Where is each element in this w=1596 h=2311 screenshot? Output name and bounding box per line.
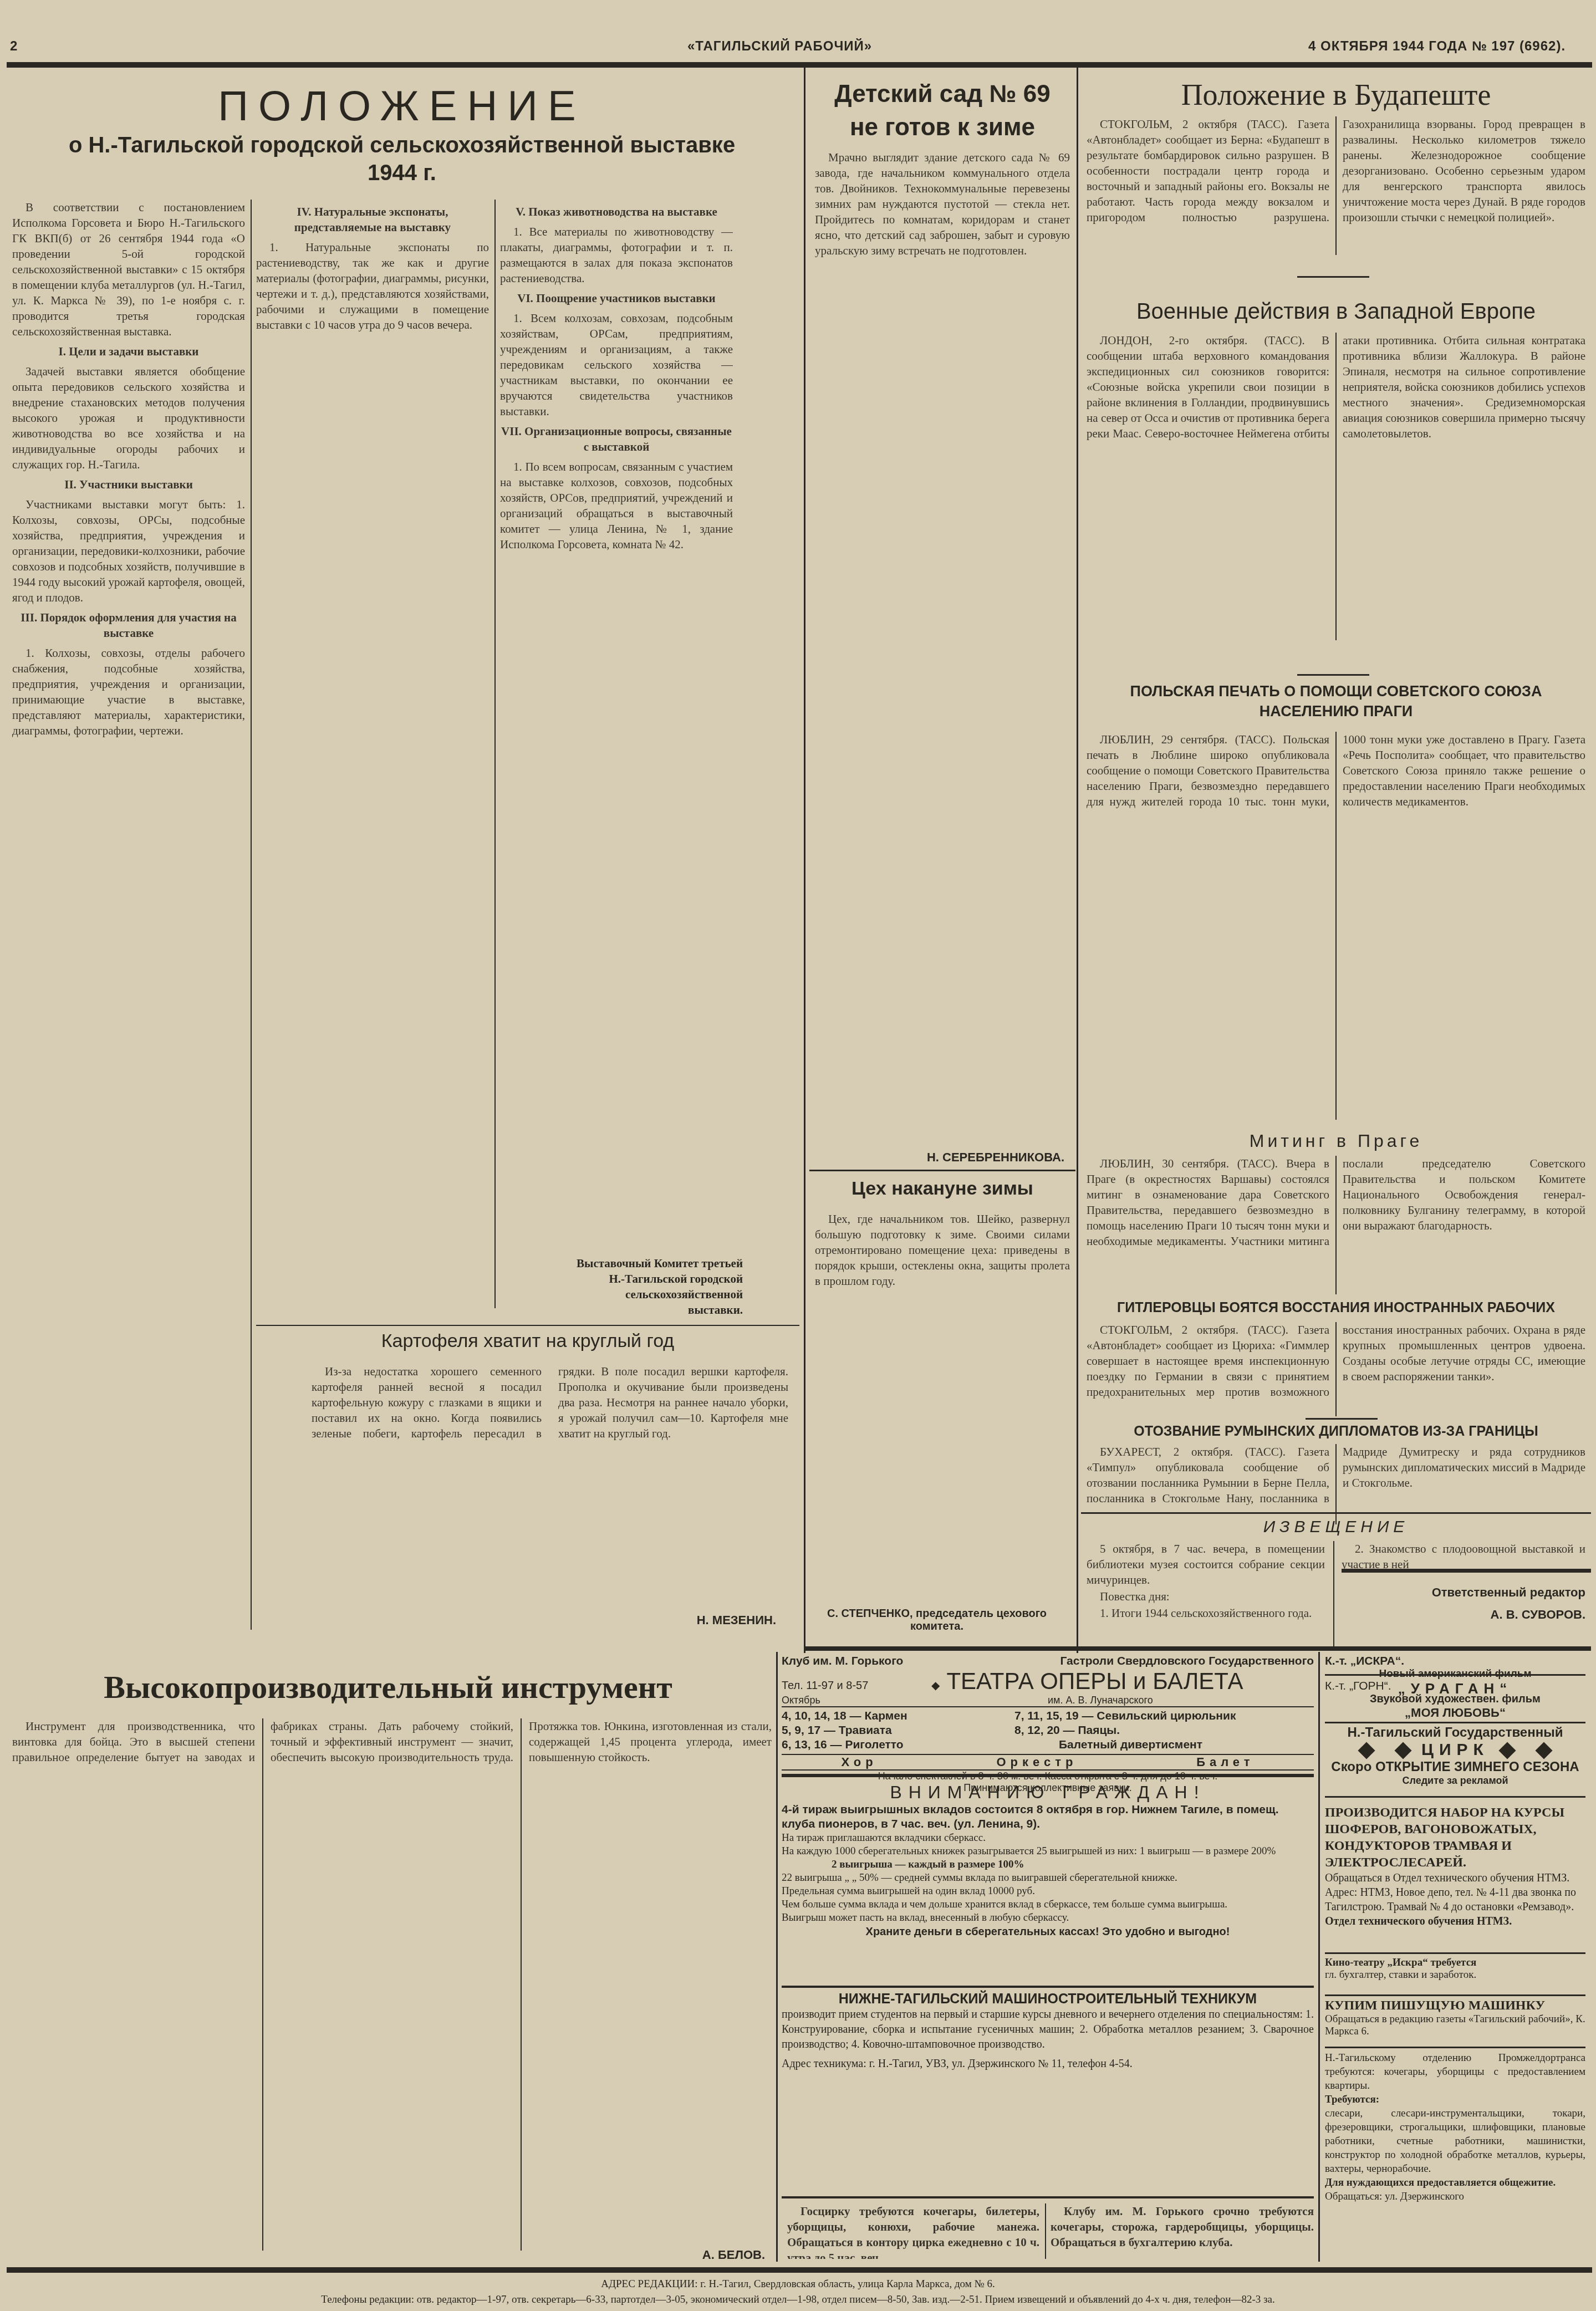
divider: [809, 1170, 1075, 1171]
editor-name: А. В. СУВОРОВ.: [1342, 1608, 1585, 1622]
polozhenie-column-2: IV. Натуральные экспонаты, представляемы…: [256, 200, 489, 1308]
section-heading: I. Цели и задачи выставки: [12, 344, 245, 359]
editor-label: Ответственный редактор: [1342, 1585, 1585, 1600]
potatoes-title: Картофеля хватит на круглый год: [256, 1330, 799, 1352]
divider: [1325, 2047, 1585, 2048]
section-heading: V. Показ животноводства на выставке: [500, 204, 733, 220]
potatoes-text: Из-за недостатка хорошего семенного карт…: [312, 1364, 788, 1502]
ad-gorky-staff: Клубу им. М. Горького срочно требуются к…: [1051, 2203, 1314, 2259]
divider: [1297, 276, 1369, 278]
ad-iskra-staff: Кино-театру „Искра“ требуется гл. бухгал…: [1325, 1957, 1585, 1990]
notice-agenda-item: 1. Итоги 1944 сельскохозяйственного года…: [1087, 1605, 1325, 1621]
polozhenie-column-1: В соответствии с постановлением Исполком…: [12, 200, 245, 1630]
masthead-rule: [7, 62, 1592, 68]
divider: [1325, 1674, 1585, 1676]
divider: [1306, 1418, 1378, 1420]
lottery-line3: На каждую 1000 сберегательных книжек раз…: [782, 1845, 1314, 1858]
iskra-staff-text: гл. бухгалтер, ставки и заработок.: [1325, 1969, 1585, 1981]
ad-recruitment: ПРОИЗВОДИТСЯ НАБОР НА КУРСЫ ШОФЕРОВ, ВАГ…: [1325, 1804, 1585, 1948]
section-text: 1. Всем колхозам, совхозам, подсобным хо…: [500, 310, 733, 419]
column-divider: [1318, 1652, 1320, 2262]
circus-line1: Н.-Тагильский Государственный: [1325, 1725, 1585, 1741]
western-europe-title: Военные действия в Западной Европе: [1081, 299, 1591, 324]
polozhenie-title: ПОЛОЖЕНИЕ: [0, 82, 804, 130]
instrument-title: Высокопроизводительный инструмент: [0, 1669, 776, 1706]
technikum-address: Адрес техникума: г. Н.-Тагил, УВЗ, ул. Д…: [782, 2057, 1314, 2072]
ensemble-choir: Хор: [841, 1755, 877, 1769]
instrument-text: Инструмент для производственника, что ви…: [12, 1718, 772, 2251]
recruitment-title: ПРОИЗВОДИТСЯ НАБОР НА КУРСЫ ШОФЕРОВ, ВАГ…: [1325, 1804, 1585, 1871]
iskra-staff-title: Кино-театру „Искра“ требуется: [1325, 1957, 1585, 1969]
divider: [1081, 1512, 1591, 1514]
section-text: 1. Натуральные экспонаты по растениеводс…: [256, 239, 489, 333]
divider: [1325, 1994, 1585, 1996]
gorky-club-name: Клуб им. М. Горького: [782, 1655, 903, 1668]
column-divider: [804, 68, 805, 1653]
budapest-text: СТОКГОЛЬМ, 2 октября (ТАСС). Газета «Авт…: [1087, 116, 1585, 255]
notice-agenda-label: Повестка дня:: [1087, 1589, 1325, 1604]
divider: [1297, 674, 1369, 676]
polozhenie-signature: Выставочный Комитет третьей Н.-Тагильско…: [577, 1256, 743, 1318]
footer-rule: [7, 2267, 1592, 2273]
lottery-line6: Предельная сумма выигрышей на один вклад…: [782, 1885, 1314, 1898]
technikum-text: производит прием студентов на первый и с…: [782, 2007, 1314, 2052]
section-heading: IV. Натуральные экспонаты, представляемы…: [256, 204, 489, 235]
ad-circus: Н.-Тагильский Государственный ЦИРК Скоро…: [1325, 1725, 1585, 1803]
notice-text: 5 октября, в 7 час. вечера, в помещении …: [1087, 1541, 1325, 1646]
section-text: Участниками выставки могут быть: 1. Колх…: [12, 497, 245, 605]
schedule-row: 4, 10, 14, 18 — Кармен: [782, 1709, 1014, 1723]
divider: [256, 1325, 799, 1326]
divider: [1325, 1722, 1585, 1723]
section-text: 1. Колхозы, совхозы, отделы рабочего сна…: [12, 645, 245, 738]
hitlerites-text: СТОКГОЛЬМ, 2 октября. (ТАСС). Газета «Ав…: [1087, 1322, 1585, 1416]
diamond-icon: [1395, 1742, 1412, 1759]
polish-press-title: ПОЛЬСКАЯ ПЕЧАТЬ О ПОМОЩИ СОВЕТСКОГО СОЮЗ…: [1081, 683, 1591, 700]
section-heading: VI. Поощрение участников выставки: [500, 290, 733, 306]
circus-line4: Следите за рекламой: [1325, 1775, 1585, 1787]
schedule-row: 5, 9, 17 — Травиата: [782, 1723, 1014, 1738]
column-divider: [1045, 2203, 1046, 2259]
promzheldor-dorm: Для нуждающихся предоставляется общежити…: [1325, 2176, 1585, 2190]
promzheldor-required-label: Требуются:: [1325, 2093, 1585, 2106]
column-divider: [1333, 1541, 1334, 1646]
divider: [1342, 1569, 1591, 1573]
footer-phones: Телефоны редакции: отв. редактор—1-97, о…: [0, 2294, 1596, 2306]
kindergarten-subtitle: не готов к зиме: [809, 114, 1075, 141]
section-rule: [804, 1646, 1591, 1651]
section-text: 1. По всем вопросам, связанным с участие…: [500, 459, 733, 552]
recruitment-signature: Отдел технического обучения НТМЗ.: [1325, 1914, 1585, 1929]
instrument-signature: А. БЕЛОВ.: [582, 2248, 765, 2262]
opera-line2: ТЕАТРА ОПЕРЫ и БАЛЕТА: [946, 1668, 1243, 1695]
lottery-line9: Храните деньги в сберегательных кассах! …: [782, 1925, 1314, 1939]
newspaper-name: «ТАГИЛЬСКИЙ РАБОЧИЙ»: [687, 39, 872, 54]
potatoes-signature: Н. МЕЗЕНИН.: [610, 1613, 776, 1628]
column-divider: [494, 200, 496, 1308]
typewriter-title: КУПИМ ПИШУЩУЮ МАШИНКУ: [1325, 1998, 1585, 2013]
kindergarten-text: Мрачно выглядит здание детского сада № 6…: [815, 150, 1070, 1136]
technikum-title: НИЖНЕ-ТАГИЛЬСКИЙ МАШИНОСТРОИТЕЛЬНЫЙ ТЕХН…: [782, 1991, 1314, 2007]
section-heading: VII. Организационные вопросы, связанные …: [500, 424, 733, 455]
circus-line2: ЦИРК: [1421, 1741, 1489, 1759]
page-number: 2: [10, 39, 18, 54]
section-text: 1. Все материалы по животноводству — пла…: [500, 224, 733, 286]
gorn-cinema: К.-т. „ГОРН“.: [1325, 1680, 1585, 1693]
opera-line1: Гастроли Свердловского Государственного: [1060, 1655, 1314, 1668]
budapest-title: Положение в Будапеште: [1081, 78, 1591, 112]
diamond-icon: ◆: [931, 1679, 940, 1692]
lottery-line5: 22 выигрыша „ „ 50% — средней суммы вкла…: [782, 1871, 1314, 1885]
ad-opera-theatre: Клуб им. М. Горького Гастроли Свердловск…: [782, 1655, 1314, 1771]
lottery-line2: На тираж приглашаются вкладчики сберкасс…: [782, 1832, 1314, 1845]
lottery-line1: 4-й тираж выигрышных вкладов состоится 8…: [782, 1803, 1314, 1832]
typewriter-text: Обращаться в редакцию газеты «Тагильский…: [1325, 2013, 1585, 2038]
schedule-row: Балетный дивертисмент: [1014, 1738, 1314, 1752]
recruitment-address: Адрес: НТМЗ, Новое депо, тел. № 4-11 два…: [1325, 1885, 1585, 1914]
diamond-icon: [1358, 1742, 1375, 1759]
polish-press-text: ЛЮБЛИН, 29 сентября. (ТАСС). Польская пе…: [1087, 732, 1585, 1120]
lottery-line4: 2 выигрыша — каждый в размере 100%: [782, 1858, 1314, 1871]
divider: [782, 2196, 1314, 2198]
section-text: Задачей выставки является обобщение опыт…: [12, 364, 245, 472]
divider: [782, 1774, 1314, 1777]
workshop-signature: С. СТЕПЧЕНКО, председатель цехового коми…: [815, 1608, 1059, 1633]
kindergarten-signature: Н. СЕРЕБРЕННИКОВА.: [865, 1150, 1064, 1165]
schedule-row: 8, 12, 20 — Паяцы.: [1014, 1723, 1314, 1738]
divider: [1325, 1796, 1585, 1798]
section-heading: III. Порядок оформления для участия на в…: [12, 610, 245, 641]
ensemble-orchestra: Оркестр: [996, 1755, 1077, 1769]
notice-title: ИЗВЕЩЕНИЕ: [1081, 1518, 1591, 1537]
gorky-club-phones: Тел. 11-97 и 8-57: [782, 1680, 931, 1692]
workshop-text: Цех, где начальником тов. Шейко, разверн…: [815, 1211, 1070, 1588]
diamond-icon: [1535, 1742, 1552, 1759]
iskra-cinema: К.-т. „ИСКРА“.: [1325, 1655, 1585, 1668]
opera-line3: им. А. В. Луначарского: [1048, 1695, 1153, 1706]
divider: [1325, 1952, 1585, 1954]
prague-meeting-text: ЛЮБЛИН, 30 сентября. (ТАСС). Вчера в Пра…: [1087, 1156, 1585, 1294]
lottery-line8: Выигрыш может пасть на вклад, внесенный …: [782, 1911, 1314, 1925]
promzheldor-intro: Н.-Тагильскому отделению Промжелдортранс…: [1325, 2051, 1585, 2093]
ad-promzheldor: Н.-Тагильскому отделению Промжелдортранс…: [1325, 2051, 1585, 2259]
schedule-row: 7, 11, 15, 19 — Севильский цирюльник: [1014, 1709, 1314, 1723]
column-divider: [1077, 68, 1078, 1653]
prague-meeting-title: Митинг в Праге: [1081, 1131, 1591, 1151]
ad-technikum: НИЖНЕ-ТАГИЛЬСКИЙ МАШИНОСТРОИТЕЛЬНЫЙ ТЕХН…: [782, 1991, 1314, 2191]
promzheldor-contact: Обращаться: ул. Дзержинского: [1325, 2190, 1585, 2203]
promzheldor-list: слесари, слесари-инструментальщики, тока…: [1325, 2106, 1585, 2176]
lottery-line7: Чем больше сумма вклада и чем дольше хра…: [782, 1898, 1314, 1911]
lottery-title: ВНИМАНИЮ ГРАЖДАН!: [782, 1782, 1314, 1803]
column-divider: [776, 1652, 778, 2262]
schedule-row: 6, 13, 16 — Риголетто: [782, 1738, 1014, 1752]
polish-press-subtitle: НАСЕЛЕНИЮ ПРАГИ: [1081, 703, 1591, 720]
divider: [782, 1986, 1314, 1988]
western-europe-text: ЛОНДОН, 2-го октября. (ТАСС). В сообщени…: [1087, 333, 1585, 640]
footer-address: АДРЕС РЕДАКЦИИ: г. Н.-Тагил, Свердловска…: [0, 2278, 1596, 2290]
hitlerites-title: ГИТЛЕРОВЦЫ БОЯТСЯ ВОССТАНИЯ ИНОСТРАННЫХ …: [1081, 1300, 1591, 1316]
gorn-line: Звуковой художествен. фильм: [1325, 1693, 1585, 1706]
polozhenie-subtitle: о Н.-Тагильской городской сельскохозяйст…: [0, 133, 804, 158]
column-divider: [251, 200, 252, 1630]
ensemble-ballet: Балет: [1196, 1755, 1254, 1769]
kindergarten-title: Детский сад № 69: [809, 80, 1075, 108]
polozhenie-column-3: V. Показ животноводства на выставке 1. В…: [500, 200, 733, 1253]
romanian-diplomats-title: ОТОЗВАНИЕ РУМЫНСКИХ ДИПЛОМАТОВ ИЗ-ЗА ГРА…: [1081, 1424, 1591, 1440]
workshop-title: Цех накануне зимы: [809, 1178, 1075, 1200]
ad-typewriter: КУПИМ ПИШУЩУЮ МАШИНКУ Обращаться в редак…: [1325, 1998, 1585, 2043]
recruitment-contact: Обращаться в Отдел технического обучения…: [1325, 1871, 1585, 1885]
polozhenie-year: 1944 г.: [0, 161, 804, 186]
diamond-icon: [1498, 1742, 1516, 1759]
section-heading: II. Участники выставки: [12, 477, 245, 492]
circus-line3: Скоро ОТКРЫТИЕ ЗИМНЕГО СЕЗОНА: [1325, 1759, 1585, 1775]
polozhenie-intro: В соответствии с постановлением Исполком…: [12, 200, 245, 339]
month-label: Октябрь: [782, 1695, 1048, 1706]
ad-goscircus-staff: Госцирку требуются кочегары, билетеры, у…: [787, 2203, 1039, 2259]
ad-lottery: ВНИМАНИЮ ГРАЖДАН! 4-й тираж выигрышных в…: [782, 1782, 1314, 1982]
issue-date: 4 ОКТЯБРЯ 1944 ГОДА № 197 (6962).: [1308, 39, 1566, 54]
gorn-film: „МОЯ ЛЮБОВЬ“: [1325, 1706, 1585, 1720]
